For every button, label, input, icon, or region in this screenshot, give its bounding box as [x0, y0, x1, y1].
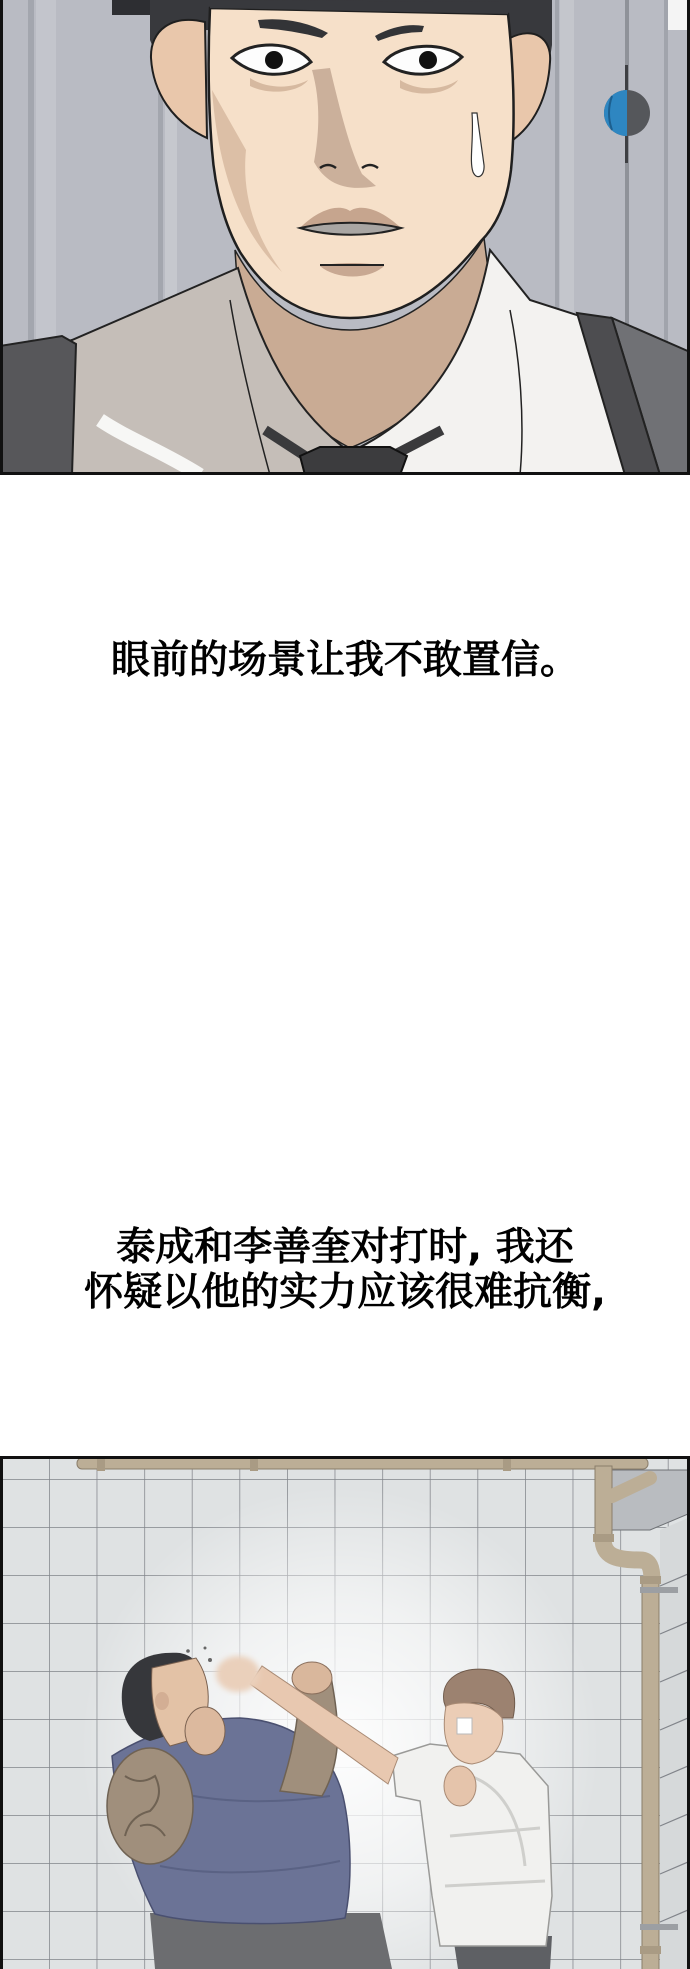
narration-caption-1: 眼前的场景让我不敢置信。: [0, 638, 690, 684]
narration-caption-2-line-2: 怀疑以他的实力应该很难抗衡,: [0, 1270, 690, 1315]
narration-caption-2: 泰成和李善奎对打时, 我还 怀疑以他的实力应该很难抗衡,: [0, 1225, 690, 1315]
shocked-student-illustration: [3, 0, 687, 472]
comic-panel-shocked-face: [0, 0, 690, 475]
comic-panel-restroom-fight: [0, 1456, 690, 1969]
narration-caption-2-line-1: 泰成和李善奎对打时, 我还: [0, 1225, 690, 1270]
restroom-fight-illustration: [3, 1459, 687, 1969]
